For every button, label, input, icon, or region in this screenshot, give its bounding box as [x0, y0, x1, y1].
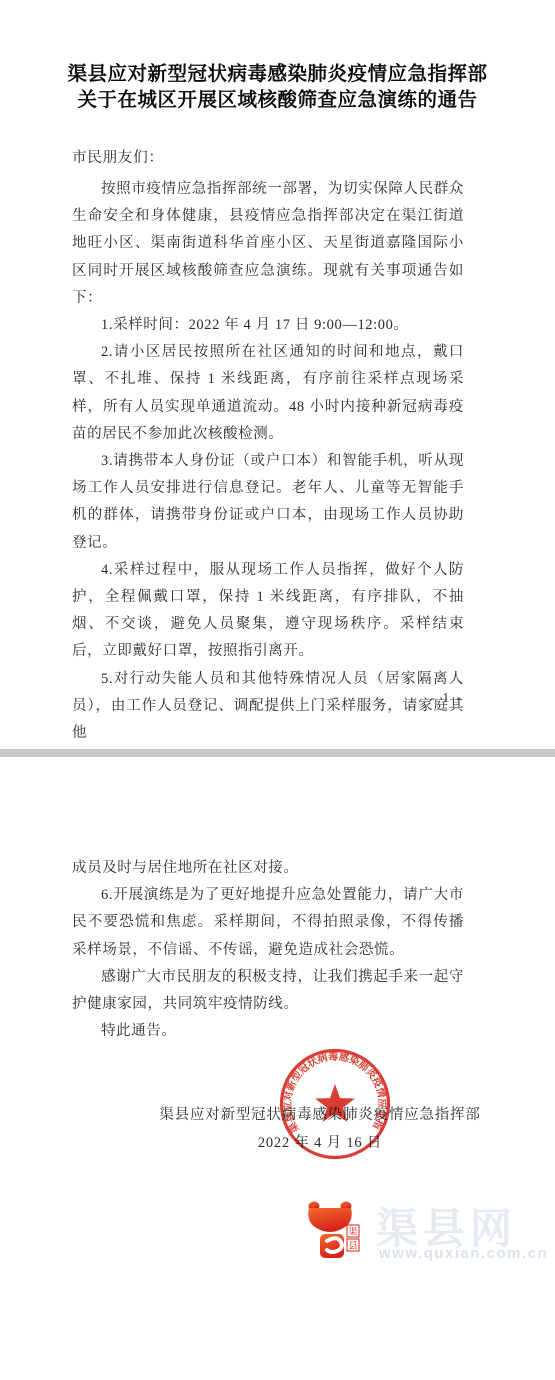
notice-document-scan: 渠县应对新型冠状病毒感染肺炎疫情应急指挥部 关于在城区开展区域核酸筛查应急演练的… — [0, 0, 555, 1380]
title-line-2: 关于在城区开展区域核酸筛查应急演练的通告 — [0, 88, 555, 114]
salutation: 市民朋友们： — [72, 146, 164, 167]
page-divider — [0, 749, 555, 757]
paragraph-intro: 按照市疫情应急指挥部统一部署，为切实保障人民群众生命安全和身体健康，县疫情应急指… — [72, 176, 464, 312]
paragraph-closing: 特此通告。 — [72, 1018, 464, 1045]
paragraph-thanks: 感谢广大市民朋友的积极支持，让我们携起手来一起守护健康家园，共同筑牢疫情防线。 — [72, 964, 464, 1018]
footer-brand: 渠 县 渠县网 www.quxian.com.cn — [300, 1196, 555, 1282]
watermark-site-url: www.quxian.com.cn — [379, 1245, 548, 1262]
paragraph-item-6: 6.开展演练是为了更好地提升应急处置能力，请广大市民不要恐慌和焦虑。采样期间，不… — [72, 882, 464, 964]
paragraph-item-2: 2.请小区居民按照所在社区通知的时间和地点，戴口罩、不扎堆、保持 1 米线距离，… — [72, 339, 464, 448]
signature-issuer: 渠县应对新型冠状病毒感染肺炎疫情应急指挥部 — [85, 1101, 555, 1129]
logo-stamp-char-1: 渠 — [348, 1227, 357, 1237]
paragraph-item-5-part1: 5.对行动失能人员和其他特殊情况人员（居家隔离人员），由工作人员登记、调配提供上… — [72, 666, 464, 748]
page-2-body: 成员及时与居住地所在社区对接。 6.开展演练是为了更好地提升应急处置能力，请广大… — [72, 855, 464, 1045]
paragraph-item-5-part2: 成员及时与居住地所在社区对接。 — [72, 855, 464, 882]
paragraph-item-1: 1.采样时间：2022 年 4 月 17 日 9:00—12:00。 — [72, 312, 464, 339]
paragraph-item-4: 4.采样过程中，服从现场工作人员指挥，做好个人防护，全程佩戴口罩，保持 1 米线… — [72, 557, 464, 666]
quxian-net-logo-icon: 渠 县 — [300, 1196, 370, 1266]
logo-stamp-char-2: 县 — [348, 1241, 357, 1251]
signature-date: 2022 年 4 月 16 日 — [85, 1129, 555, 1157]
logo-head — [308, 1208, 352, 1232]
page-1-body: 按照市疫情应急指挥部统一部署，为切实保障人民群众生命安全和身体健康，县疫情应急指… — [72, 176, 464, 747]
document-title: 渠县应对新型冠状病毒感染肺炎疫情应急指挥部 关于在城区开展区域核酸筛查应急演练的… — [0, 62, 555, 114]
paragraph-item-3: 3.请携带本人身份证（或户口本）和智能手机，听从现场工作人员安排进行信息登记。老… — [72, 448, 464, 557]
page-1-number: - 1 - — [431, 690, 464, 706]
signature-block: 渠县应对新型冠状病毒感染肺炎疫情应急指挥部 2022 年 4 月 16 日 — [85, 1101, 555, 1157]
title-line-1: 渠县应对新型冠状病毒感染肺炎疫情应急指挥部 — [0, 62, 555, 88]
